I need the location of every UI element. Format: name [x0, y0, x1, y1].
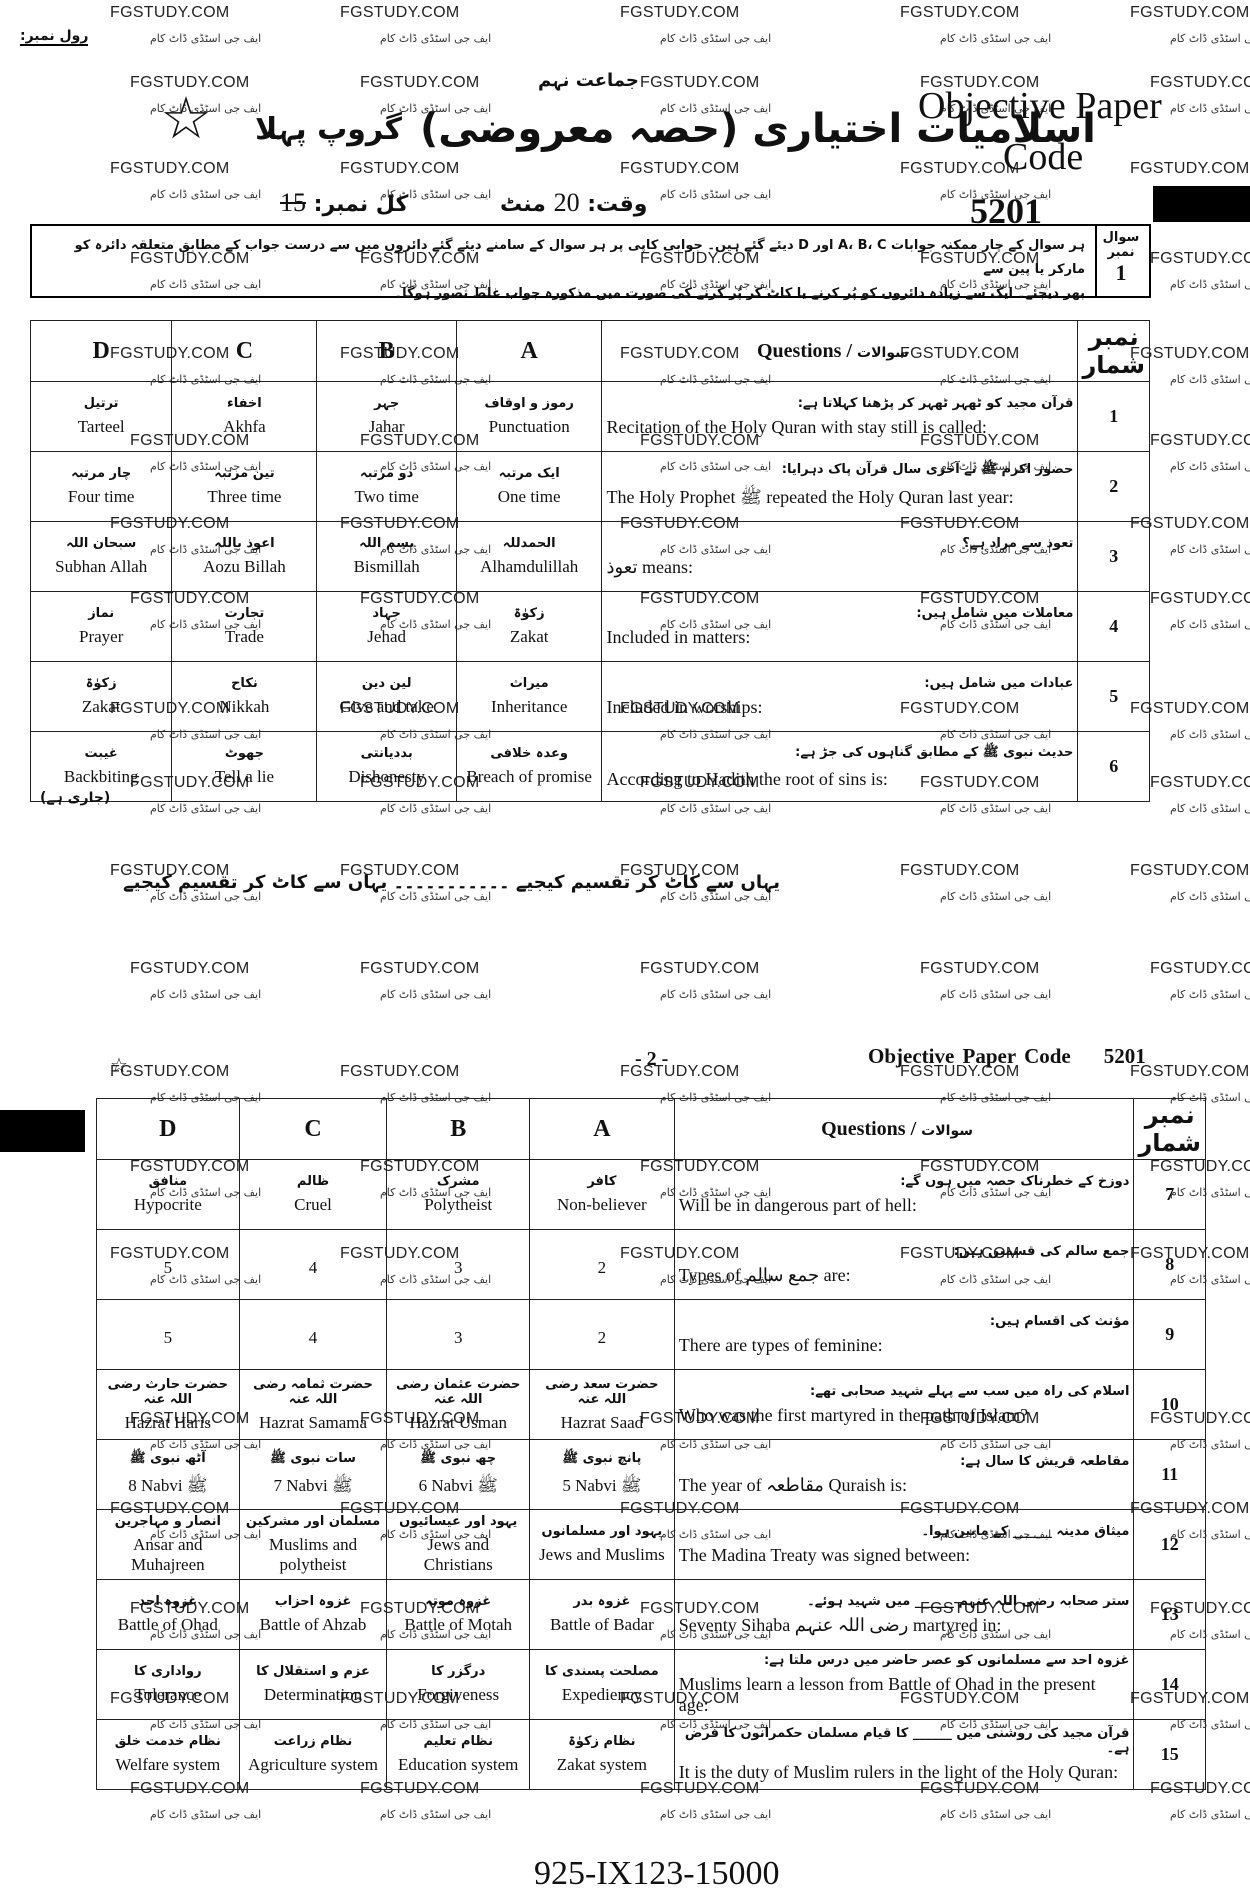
question-row: غیبتBackbitingجھوٹTell a lieبددیانتیDish… [31, 732, 1150, 802]
option-a-urdu: غزوہ بدر [534, 1594, 670, 1609]
option-d: چار مرتبہFour time [31, 452, 172, 522]
option-d-urdu: انصار و مہاجرین [101, 1514, 235, 1529]
option-d-urdu: غیبت [35, 746, 167, 761]
watermark-text: FGSTUDY.COM [340, 160, 459, 178]
option-a-english: Zakat [461, 627, 598, 647]
watermark-urdu: ایف جی اسٹڈی ڈاٹ کام [150, 1808, 261, 1821]
question-text: حضور اکرم ﷺ نے آخری سال قرآن پاک دہرایا:… [602, 452, 1078, 522]
option-c: تجارتTrade [172, 592, 317, 662]
watermark-text: FGSTUDY.COM [1150, 432, 1250, 450]
option-a: ایک مرتبہOne time [456, 452, 602, 522]
option-b-english: Polytheist [391, 1195, 525, 1215]
watermark-text: FGSTUDY.COM [620, 160, 739, 178]
option-d-urdu: زکوٰۃ [35, 676, 167, 691]
option-c-english: Agriculture system [244, 1755, 383, 1775]
watermark-text: FGSTUDY.COM [620, 4, 739, 22]
option-b-urdu: یہود اور عیسائیوں [391, 1514, 525, 1529]
option-d-urdu: غزوہ احد [101, 1594, 235, 1609]
option-d-english: Backbiting [35, 767, 167, 787]
option-d-urdu: چار مرتبہ [35, 466, 167, 481]
option-d-urdu: ترتیل [35, 396, 167, 411]
question-urdu: مقاطعہ قریش کا سال ہے: [679, 1454, 1130, 1469]
option-d-english: Welfare system [101, 1755, 235, 1775]
option-a-english: Hazrat Saad [534, 1413, 670, 1433]
question-urdu: غزوہ احد سے مسلمانوں کو عصر حاضر میں درس… [679, 1653, 1130, 1668]
question-row: انصار و مہاجرینAnsar and Muhajreenمسلمان… [97, 1510, 1206, 1580]
option-b-urdu: حضرت عثمان رضی اللہ عنہ [391, 1377, 525, 1407]
option-c-english: 4 [244, 1258, 383, 1278]
question-number-box: سوال نمبر 1 [1093, 224, 1151, 298]
option-c-urdu: سات نبوی ﷺ [244, 1450, 383, 1469]
question-urdu: قرآن مجید کی روشنی میں ______ کا قیام مس… [679, 1726, 1130, 1756]
total-marks-label: کل نمبر: [314, 192, 409, 217]
option-b: حضرت عثمان رضی اللہ عنہHazrat Usman [387, 1370, 530, 1440]
option-a-english: Non-believer [534, 1195, 670, 1215]
option-a-urdu: پانچ نبوی ﷺ [534, 1450, 670, 1469]
question-number: 13 [1134, 1580, 1206, 1650]
total-marks-value: 15 [280, 188, 306, 217]
option-d-urdu: حضرت حارث رضی اللہ عنہ [101, 1377, 235, 1407]
watermark-text: FGSTUDY.COM [130, 960, 249, 978]
question-urdu: حضور اکرم ﷺ نے آخری سال قرآن پاک دہرایا: [606, 461, 1073, 480]
watermark-urdu: ایف جی اسٹڈی ڈاٹ کام [1170, 728, 1250, 741]
watermark-urdu: ایف جی اسٹڈی ڈاٹ کام [660, 32, 771, 45]
option-b-urdu: جہر [321, 396, 451, 411]
option-c: ظالمCruel [239, 1160, 387, 1230]
option-b-urdu: مشرک [391, 1174, 525, 1189]
option-a: رموز و اوقافPunctuation [456, 382, 602, 452]
option-b: بسم اللہBismillah [317, 522, 456, 592]
watermark-urdu: ایف جی اسٹڈی ڈاٹ کام [150, 32, 261, 45]
grade-label: جماعت نہم [538, 70, 639, 91]
option-d-urdu: منافق [101, 1174, 235, 1189]
watermark-urdu: ایف جی اسٹڈی ڈاٹ کام [1170, 32, 1250, 45]
header-option-c: C [172, 321, 317, 382]
option-a-urdu: حضرت سعد رضی اللہ عنہ [534, 1377, 670, 1407]
option-c-urdu: نظام زراعت [244, 1734, 383, 1749]
watermark-urdu: ایف جی اسٹڈی ڈاٹ کام [150, 988, 261, 1001]
option-a-english: 2 [534, 1258, 670, 1278]
option-b-urdu: لین دین [321, 676, 451, 691]
watermark-urdu: ایف جی اسٹڈی ڈاٹ کام [1170, 278, 1250, 291]
option-d: رواداری کاTolerance [97, 1650, 240, 1720]
option-a-urdu: میراث [461, 676, 598, 691]
question-row: رواداری کاToleranceعزم و استقلال کاDeter… [97, 1650, 1206, 1720]
option-a-urdu: یہود اور مسلمانوں [534, 1524, 670, 1539]
option-b-english: 3 [391, 1328, 525, 1348]
option-b-english: Battle of Motah [391, 1615, 525, 1635]
watermark-text: FGSTUDY.COM [1130, 160, 1249, 178]
option-c-english: 7 Nabvi ﷺ [244, 1475, 383, 1500]
question-number: 1 [1078, 382, 1150, 452]
question-urdu: مؤنث کی اقسام ہیں: [679, 1314, 1130, 1329]
watermark-text: FGSTUDY.COM [360, 960, 479, 978]
question-row: ترتیلTarteelاخفاءAkhfaجہرJaharرموز و اوق… [31, 382, 1150, 452]
option-c-english: Hazrat Samama [244, 1413, 383, 1433]
option-c-urdu: تین مرتبہ [176, 466, 312, 481]
question-number: 6 [1078, 732, 1150, 802]
option-b-english: Two time [321, 487, 451, 507]
watermark-text: FGSTUDY.COM [340, 1063, 459, 1081]
option-a: 2 [530, 1230, 675, 1300]
watermark-urdu: ایف جی اسٹڈی ڈاٹ کام [660, 988, 771, 1001]
star-icon: ☆ [110, 1053, 128, 1078]
question-text: معاملات میں شامل ہیں:Included in matters… [602, 592, 1078, 662]
option-b-english: Jehad [321, 627, 451, 647]
option-d: 5 [97, 1300, 240, 1370]
watermark-urdu: ایف جی اسٹڈی ڈاٹ کام [150, 802, 261, 815]
option-b-english: 6 Nabvi ﷺ [391, 1475, 525, 1500]
option-d: زکوٰۃZakat [31, 662, 172, 732]
question-number-label: سوال نمبر [1093, 230, 1149, 260]
question-english: Included in matters: [606, 627, 1073, 648]
question-urdu: جمع سالم کی قسمیں ہیں: [679, 1244, 1130, 1259]
option-d-urdu: سبحان اللہ [35, 536, 167, 551]
print-code: 925-IX123-15000 [534, 1855, 780, 1893]
watermark-text: FGSTUDY.COM [1150, 960, 1250, 978]
option-c: غزوہ احزابBattle of Ahzab [239, 1580, 387, 1650]
watermark-urdu: ایف جی اسٹڈی ڈاٹ کام [940, 32, 1051, 45]
question-row: 5432جمع سالم کی قسمیں ہیں:Types of جمع س… [97, 1230, 1206, 1300]
option-d: ترتیلTarteel [31, 382, 172, 452]
option-b-english: Hazrat Usman [391, 1413, 525, 1433]
option-c-english: Aozu Billah [176, 557, 312, 577]
option-d: نمازPrayer [31, 592, 172, 662]
option-a: میراثInheritance [456, 662, 602, 732]
option-d: آٹھ نبوی ﷺ8 Nabvi ﷺ [97, 1440, 240, 1510]
header-questions-ur: سوالات [857, 345, 909, 361]
option-d: انصار و مہاجرینAnsar and Muhajreen [97, 1510, 240, 1580]
option-d: سبحان اللہSubhan Allah [31, 522, 172, 592]
option-c-english: Muslims and polytheist [244, 1535, 383, 1575]
watermark-text: FGSTUDY.COM [340, 4, 459, 22]
watermark-text: FGSTUDY.COM [1150, 590, 1250, 608]
header-option-d: D [31, 321, 172, 382]
question-number: 12 [1134, 1510, 1206, 1580]
option-c-urdu: جھوٹ [176, 746, 312, 761]
option-a-urdu: کافر [534, 1174, 670, 1189]
question-text: ستر صحابہ رضی اللہ عنہم ______ میں شہید … [674, 1580, 1134, 1650]
option-a: زکوٰۃZakat [456, 592, 602, 662]
option-a: پانچ نبوی ﷺ5 Nabvi ﷺ [530, 1440, 675, 1510]
option-b: جہرJahar [317, 382, 456, 452]
option-b-urdu: جہاد [321, 606, 451, 621]
watermark-urdu: ایف جی اسٹڈی ڈاٹ کام [940, 1808, 1051, 1821]
watermark-urdu: ایف جی اسٹڈی ڈاٹ کام [1170, 890, 1250, 903]
option-b-english: Dishonesty [321, 767, 451, 787]
watermark-urdu: ایف جی اسٹڈی ڈاٹ کام [660, 802, 771, 815]
option-c: 4 [239, 1230, 387, 1300]
option-b: بددیانتیDishonesty [317, 732, 456, 802]
header-questions-en: Questions [821, 1118, 905, 1140]
watermark-text: FGSTUDY.COM [920, 960, 1039, 978]
question-english: Who was the first martyred in the path o… [679, 1405, 1130, 1426]
question-urdu: معاملات میں شامل ہیں: [606, 606, 1073, 621]
header-questions: Questions / سوالات [674, 1099, 1134, 1160]
option-c-urdu: اخفاء [176, 396, 312, 411]
option-c-urdu: غزوہ احزاب [244, 1594, 383, 1609]
header-option-a: A [456, 321, 602, 382]
option-a-english: Inheritance [461, 697, 598, 717]
watermark-urdu: ایف جی اسٹڈی ڈاٹ کام [1170, 373, 1250, 386]
watermark-urdu: ایف جی اسٹڈی ڈاٹ کام [940, 988, 1051, 1001]
question-row: منافقHypocriteظالمCruelمشرکPolytheistکاف… [97, 1160, 1206, 1230]
option-c-english: Battle of Ahzab [244, 1615, 383, 1635]
questions-table-part1: D C B A Questions / سوالات نمبر شمار ترت… [30, 320, 1150, 802]
option-c-urdu: نکاح [176, 676, 312, 691]
option-d-english: Ansar and Muhajreen [101, 1535, 235, 1575]
watermark-urdu: ایف جی اسٹڈی ڈاٹ کام [1170, 802, 1250, 815]
code-label: Code [1003, 135, 1083, 179]
option-c: نظام زراعتAgriculture system [239, 1720, 387, 1790]
header-option-a: A [530, 1099, 675, 1160]
group-label: گروپ پہلا [255, 112, 402, 147]
option-b-urdu: نظام تعلیم [391, 1734, 525, 1749]
question-english: Types of جمع سالم are: [679, 1265, 1130, 1286]
question-text: اسلام کی راہ میں سب سے پہلے شہید صحابی ت… [674, 1370, 1134, 1440]
watermark-urdu: ایف جی اسٹڈی ڈاٹ کام [150, 188, 261, 201]
header-questions-en: Questions [757, 340, 841, 362]
option-a: کافرNon-believer [530, 1160, 675, 1230]
option-c-english: Determination [244, 1685, 383, 1705]
option-a-urdu: رموز و اوقاف [461, 396, 598, 411]
watermark-urdu: ایف جی اسٹڈی ڈاٹ کام [380, 1808, 491, 1821]
option-d-urdu: نماز [35, 606, 167, 621]
option-c-english: Akhfa [176, 417, 312, 437]
question-english: The year of مقاطعہ Quraish is: [679, 1475, 1130, 1496]
question-number: 11 [1134, 1440, 1206, 1510]
option-c: حضرت ثمامہ رضی اللہ عنہHazrat Samama [239, 1370, 387, 1440]
question-english: Will be in dangerous part of hell: [679, 1195, 1130, 1216]
watermark-urdu: ایف جی اسٹڈی ڈاٹ کام [1170, 618, 1250, 631]
option-d-english: 5 [101, 1258, 235, 1278]
option-b: جہادJehad [317, 592, 456, 662]
option-a-english: Jews and Muslims [534, 1545, 670, 1565]
questions-table-part2: D C B A Questions / سوالات نمبر شمار منا… [96, 1098, 1206, 1790]
cut-line: یہاں سے کاٹ کر تقسیم کیجیے ۔۔۔۔۔۔۔۔۔۔۔ ی… [20, 872, 780, 893]
option-a: نظام زکوٰۃZakat system [530, 1720, 675, 1790]
option-a: حضرت سعد رضی اللہ عنہHazrat Saad [530, 1370, 675, 1440]
question-row: غزوہ احدBattle of Ohadغزوہ احزابBattle o… [97, 1580, 1206, 1650]
instructions-line-2: بھر دیجئے۔ ایک سے زیادہ دائروں کو پُر کر… [32, 282, 1095, 306]
watermark-urdu: ایف جی اسٹڈی ڈاٹ کام [940, 890, 1051, 903]
watermark-urdu: ایف جی اسٹڈی ڈاٹ کام [1170, 988, 1250, 1001]
watermark-text: FGSTUDY.COM [110, 4, 229, 22]
header-serial: نمبر شمار [1134, 1099, 1206, 1160]
watermark-text: FGSTUDY.COM [360, 74, 479, 92]
option-a: وعدہ خلافیBreach of promise [456, 732, 602, 802]
question-number: 10 [1134, 1370, 1206, 1440]
question-number: 2 [1078, 452, 1150, 522]
question-text: قرآن مجید کی روشنی میں ______ کا قیام مس… [674, 1720, 1134, 1790]
option-a-english: Battle of Badar [534, 1615, 670, 1635]
question-number: 14 [1134, 1650, 1206, 1720]
question-urdu: دوزخ کے خطرناک حصہ میں ہوں گے: [679, 1174, 1130, 1189]
instructions-line-1: ہر سوال کے چار ممکنہ جوابات A، B، C اور … [32, 226, 1095, 282]
option-d-english: Four time [35, 487, 167, 507]
watermark-urdu: ایف جی اسٹڈی ڈاٹ کام [940, 802, 1051, 815]
option-b-urdu: چھ نبوی ﷺ [391, 1450, 525, 1469]
option-b-english: Bismillah [321, 557, 451, 577]
option-a-urdu: نظام زکوٰۃ [534, 1734, 670, 1749]
watermark-text: FGSTUDY.COM [900, 160, 1019, 178]
option-c: تین مرتبہThree time [172, 452, 317, 522]
question-text: مؤنث کی اقسام ہیں:There are types of fem… [674, 1300, 1134, 1370]
watermark-text: FGSTUDY.COM [1150, 74, 1250, 92]
watermark-text: FGSTUDY.COM [900, 862, 1019, 880]
option-c-english: Trade [176, 627, 312, 647]
option-c: اعوذ باللہAozu Billah [172, 522, 317, 592]
watermark-text: FGSTUDY.COM [640, 74, 759, 92]
question-number: 5 [1078, 662, 1150, 732]
continued-note: (جاری ہے) [40, 790, 110, 806]
option-c-english: Tell a lie [176, 767, 312, 787]
question-text: دوزخ کے خطرناک حصہ میں ہوں گے:Will be in… [674, 1160, 1134, 1230]
question-english: Seventy Sihaba رضی اللہ عنہم martyred in… [679, 1615, 1130, 1636]
option-b: لین دینGive and take [317, 662, 456, 732]
option-d-english: Prayer [35, 627, 167, 647]
option-a-urdu: زکوٰۃ [461, 606, 598, 621]
option-b: دو مرتبہTwo time [317, 452, 456, 522]
option-a-urdu: الحمدللہ [461, 536, 598, 551]
option-c-english: 4 [244, 1328, 383, 1348]
question-english: The Madina Treaty was signed between: [679, 1545, 1130, 1566]
question-english: تعوذ means: [606, 557, 1073, 578]
question-row: چار مرتبہFour timeتین مرتبہThree timeدو … [31, 452, 1150, 522]
question-english: There are types of feminine: [679, 1335, 1130, 1356]
question-number-value: 1 [1093, 260, 1149, 286]
option-b: یہود اور عیسائیوںJews and Christians [387, 1510, 530, 1580]
question-urdu: میثاق مدینہ ______ کے مابین ہوا۔ [679, 1524, 1130, 1539]
instructions-box: ہر سوال کے چار ممکنہ جوابات A، B، C اور … [30, 224, 1097, 298]
option-a-english: Expediency [534, 1685, 670, 1705]
question-number: 7 [1134, 1160, 1206, 1230]
question-english: According to Hadith the root of sins is: [606, 769, 1073, 790]
option-b: مشرکPolytheist [387, 1160, 530, 1230]
watermark-urdu: ایف جی اسٹڈی ڈاٹ کام [660, 188, 771, 201]
option-d: منافقHypocrite [97, 1160, 240, 1230]
question-text: تعوذ سے مراد ہے؟تعوذ means: [602, 522, 1078, 592]
header-option-d: D [97, 1099, 240, 1160]
option-a: یہود اور مسلمانوںJews and Muslims [530, 1510, 675, 1580]
option-b-english: Give and take [321, 697, 451, 717]
option-d-urdu: رواداری کا [101, 1664, 235, 1679]
option-d-english: Hazrat Haris [101, 1413, 235, 1433]
watermark-urdu: ایف جی اسٹڈی ڈاٹ کام [1170, 543, 1250, 556]
option-d-urdu: نظام خدمت خلق [101, 1734, 235, 1749]
option-b: غزوہ موتہBattle of Motah [387, 1580, 530, 1650]
option-d: 5 [97, 1230, 240, 1300]
option-a-english: Alhamdulillah [461, 557, 598, 577]
option-c: جھوٹTell a lie [172, 732, 317, 802]
option-d-english: 8 Nabvi ﷺ [101, 1475, 235, 1500]
table-header-row: D C B A Questions / سوالات نمبر شمار [31, 321, 1150, 382]
question-urdu: حدیث نبوی ﷺ کے مطابق گناہوں کی جڑ ہے: [606, 744, 1073, 763]
question-text: میثاق مدینہ ______ کے مابین ہوا۔The Madi… [674, 1510, 1134, 1580]
star-icon: ☆ [160, 90, 212, 148]
option-c-urdu: اعوذ باللہ [176, 536, 312, 551]
watermark-urdu: ایف جی اسٹڈی ڈاٹ کام [380, 32, 491, 45]
question-text: مقاطعہ قریش کا سال ہے:The year of مقاطعہ… [674, 1440, 1134, 1510]
option-b-urdu: درگزر کا [391, 1664, 525, 1679]
option-c-urdu: حضرت ثمامہ رضی اللہ عنہ [244, 1377, 383, 1407]
watermark-text: FGSTUDY.COM [1130, 4, 1249, 22]
option-b-urdu: بددیانتی [321, 746, 451, 761]
question-row: حضرت حارث رضی اللہ عنہHazrat Harisحضرت ث… [97, 1370, 1206, 1440]
watermark-text: FGSTUDY.COM [1150, 774, 1250, 792]
option-c-urdu: ظالم [244, 1174, 383, 1189]
question-text: عبادات میں شامل ہیں:Included in worships… [602, 662, 1078, 732]
question-row: نمازPrayerتجارتTradeجہادJehadزکوٰۃZakatم… [31, 592, 1150, 662]
question-text: غزوہ احد سے مسلمانوں کو عصر حاضر میں درس… [674, 1650, 1134, 1720]
question-urdu: اسلام کی راہ میں سب سے پہلے شہید صحابی ت… [679, 1384, 1130, 1399]
option-b-english: 3 [391, 1258, 525, 1278]
option-b-urdu: غزوہ موتہ [391, 1594, 525, 1609]
watermark-urdu: ایف جی اسٹڈی ڈاٹ کام [1170, 460, 1250, 473]
roll-number-label: رول نمبر: [20, 28, 88, 46]
question-english: The Holy Prophet ﷺ repeated the Holy Qur… [606, 486, 1073, 512]
option-c-urdu: تجارت [176, 606, 312, 621]
question-english: It is the duty of Muslim rulers in the l… [679, 1762, 1130, 1783]
total-marks: کل نمبر: 15 [280, 188, 408, 218]
option-c-urdu: عزم و استقلال کا [244, 1664, 383, 1679]
question-text: جمع سالم کی قسمیں ہیں:Types of جمع سالم … [674, 1230, 1134, 1300]
question-english: Included in worships: [606, 697, 1073, 718]
watermark-text: FGSTUDY.COM [110, 160, 229, 178]
option-c: سات نبوی ﷺ7 Nabvi ﷺ [239, 1440, 387, 1510]
question-row: نظام خدمت خلقWelfare systemنظام زراعتAgr… [97, 1720, 1206, 1790]
option-b-english: Education system [391, 1755, 525, 1775]
option-d-english: Zakat [35, 697, 167, 717]
option-d-english: 5 [101, 1328, 235, 1348]
page2-code: 5201 [1104, 1044, 1146, 1068]
option-b: 3 [387, 1300, 530, 1370]
option-d-english: Tolerance [101, 1685, 235, 1705]
question-english: Recitation of the Holy Quran with stay s… [606, 417, 1073, 438]
option-c: عزم و استقلال کاDetermination [239, 1650, 387, 1720]
table-header-row: D C B A Questions / سوالات نمبر شمار [97, 1099, 1206, 1160]
option-b: 3 [387, 1230, 530, 1300]
question-number: 4 [1078, 592, 1150, 662]
page-number: - 2 - [635, 1048, 668, 1071]
option-b-urdu: بسم اللہ [321, 536, 451, 551]
objective-paper-title: Objective Paper [918, 84, 1162, 128]
watermark-urdu: ایف جی اسٹڈی ڈاٹ کام [660, 1808, 771, 1821]
header-questions-ur: سوالات [921, 1123, 973, 1139]
option-b: چھ نبوی ﷺ6 Nabvi ﷺ [387, 1440, 530, 1510]
option-b-english: Jahar [321, 417, 451, 437]
option-a-english: Punctuation [461, 417, 598, 437]
page2-title-text: Objective Paper Code [868, 1044, 1071, 1068]
option-b-urdu: دو مرتبہ [321, 466, 451, 481]
watermark-text: FGSTUDY.COM [900, 4, 1019, 22]
watermark-urdu: ایف جی اسٹڈی ڈاٹ کام [380, 988, 491, 1001]
option-a-english: 5 Nabvi ﷺ [534, 1475, 670, 1500]
header-questions: Questions / سوالات [602, 321, 1078, 382]
time-unit: منٹ [500, 192, 546, 217]
time-label: وقت: [587, 192, 647, 217]
time-allowed: وقت: 20 منٹ [500, 188, 647, 218]
option-d-urdu: آٹھ نبوی ﷺ [101, 1450, 235, 1469]
question-number: 15 [1134, 1720, 1206, 1790]
option-d-english: Tarteel [35, 417, 167, 437]
watermark-text: FGSTUDY.COM [640, 960, 759, 978]
option-b: نظام تعلیمEducation system [387, 1720, 530, 1790]
question-number: 9 [1134, 1300, 1206, 1370]
option-a-english: One time [461, 487, 598, 507]
watermark-text: FGSTUDY.COM [1130, 862, 1249, 880]
option-c-english: Cruel [244, 1195, 383, 1215]
